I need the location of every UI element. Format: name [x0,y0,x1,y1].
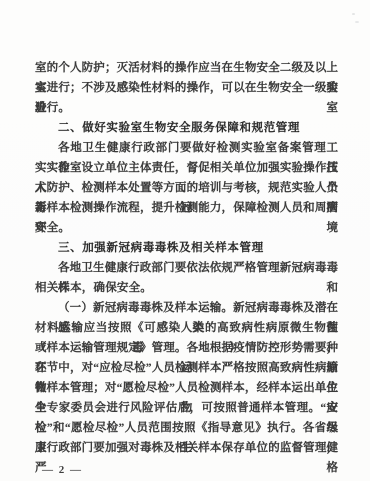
text-line: 全专家委员会进行风险评估后，可按照普通样本管理。“应检尽 [35,398,338,418]
page-number: — 2 — [42,460,83,480]
text-line: 康行政部门要加强对毒株及相关样本保存单位的监督管理，严格 [35,438,338,458]
scan-artifact [355,21,359,23]
text-line: 室的个人防护；灭活材料的操作应当在生物安全二级及以上实验 [35,58,338,78]
text-line: 检”和“愿检尽检”人员范围按照《指导意见》执行。各省级卫生健 [35,418,338,438]
text-line: 各地卫生健康行政部门要做好检测实验室备案管理工作，压 [35,138,338,158]
scan-artifact [352,13,355,15]
text-line: 或样本运输管理规定》管理。各地根据疫情防控形势需要，在运输 [35,338,338,358]
text-line: 室进行；不涉及感染性材料的操作，可以在生物安全一级实验室 [35,78,338,98]
document-page: 室的个人防护；灭活材料的操作应当在生物安全二级及以上实验室进行；不涉及感染性材料… [0,0,370,481]
text-line: 毒样本检测操作流程，提升检测能力，保障检测人员和周围环境 [35,198,338,218]
text-line: 物样本管理；对“愿检尽检”人员检测样本，经样本运出单位生物安 [35,378,338,398]
text-line: 材料运输应当按照《可感染人类的高致病性病原微生物菌（毒）种 [35,318,338,338]
text-line: 环节中，对“应检尽检”人员检测样本严格按照高致病性病原微生 [35,358,338,378]
text-line: （一）新冠病毒毒株及样本运输。新冠病毒毒株及潜在感染性 [35,298,338,318]
text-line: 各地卫生健康行政部门要依法依规严格管理新冠病毒毒株和 [35,258,338,278]
section-heading: 二、做好实验室生物安全服务保障和规范管理 [35,118,338,138]
text-line: 人防护、检测样本处置等方面的培训与考核，规范实验人员新冠病 [35,178,338,198]
text-line: 实实验室设立单位主体责任，督促相关单位加强实验操作技术、个 [35,158,338,178]
document-body: 室的个人防护；灭活材料的操作应当在生物安全二级及以上实验室进行；不涉及感染性材料… [35,58,338,458]
section-heading: 三、加强新冠病毒毒株及相关样本管理 [35,238,338,258]
